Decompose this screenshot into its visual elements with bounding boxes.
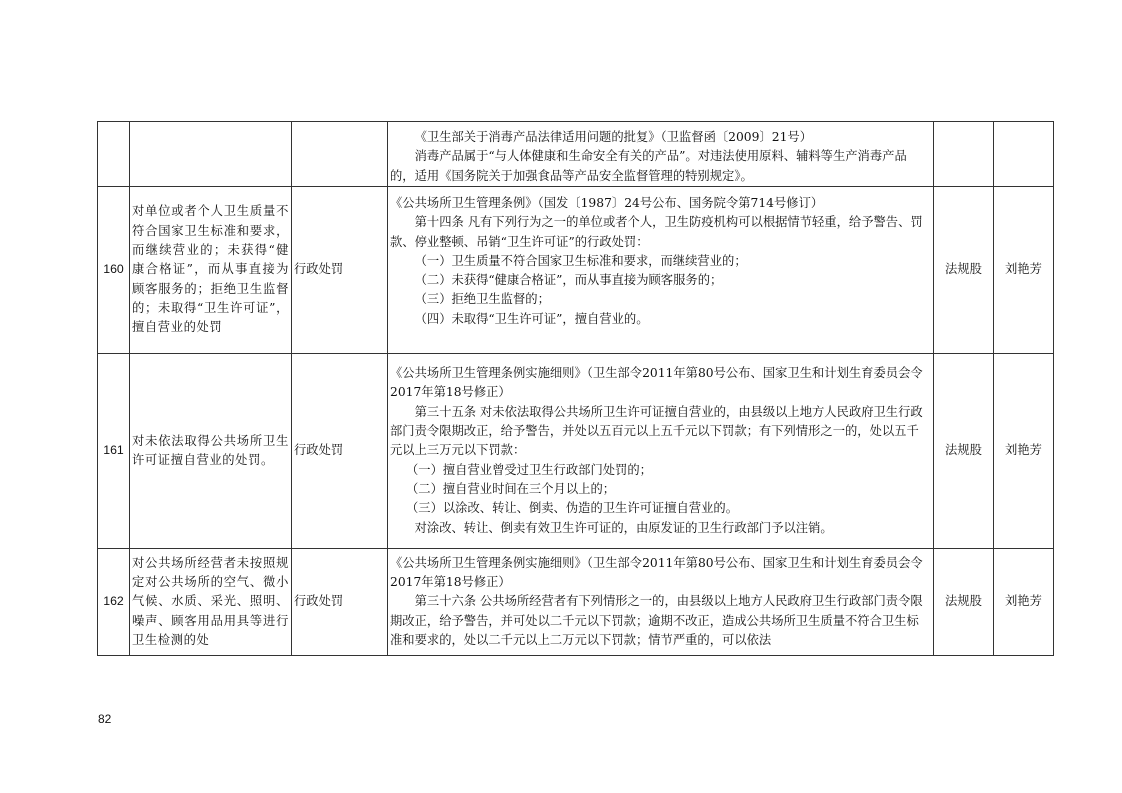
basis-paragraph: 第三十六条 公共场所经营者有下列情形之一的，由县级以上地方人民政府卫生行政部门责… (390, 592, 931, 650)
responsible-dept: 法规股 (934, 549, 994, 656)
basis-title: 《公共场所卫生管理条例》（国发〔1987〕24号公布、国务院令第714号修订） (390, 194, 931, 213)
table-row: 160 对单位或者个人卫生质量不符合国家卫生标准和要求，而继续营业的；未获得“健… (98, 187, 1054, 354)
basis-title: 《公共场所卫生管理条例实施细则》（卫生部令2011年第80号公布、国家卫生和计划… (390, 554, 931, 593)
item-type: 行政处罚 (292, 187, 388, 354)
responsible-dept: 法规股 (934, 354, 994, 549)
row-number: 162 (98, 549, 130, 656)
basis-item: （二）擅自营业时间在三个月以上的； (390, 480, 931, 499)
item-type (292, 122, 388, 187)
responsible-dept: 法规股 (934, 187, 994, 354)
basis-item: （一）擅自营业曾受过卫生行政部门处罚的； (390, 461, 931, 480)
responsible-dept (934, 122, 994, 187)
basis-title: 《公共场所卫生管理条例实施细则》（卫生部令2011年第80号公布、国家卫生和计划… (390, 364, 931, 403)
basis-item: （三）拒绝卫生监督的； (390, 290, 931, 309)
responsible-person: 刘艳芳 (994, 354, 1054, 549)
page-number: 82 (98, 712, 111, 726)
basis-paragraph: 第十四条 凡有下列行为之一的单位或者个人，卫生防疫机构可以根据情节轻重，给予警告… (390, 213, 931, 252)
basis-paragraph: 消毒产品属于“与人体健康和生命安全有关的产品”。对违法使用原料、辅料等生产消毒产… (390, 147, 931, 186)
item-type: 行政处罚 (292, 549, 388, 656)
row-number (98, 122, 130, 187)
item-name (130, 122, 292, 187)
table-row: 《卫生部关于消毒产品法律适用问题的批复》（卫监督函〔2009〕21号） 消毒产品… (98, 122, 1054, 187)
basis-title: 《卫生部关于消毒产品法律适用问题的批复》（卫监督函〔2009〕21号） (390, 128, 931, 147)
item-type: 行政处罚 (292, 354, 388, 549)
basis-item: （二）未获得“健康合格证”，而从事直接为顾客服务的； (390, 271, 931, 290)
basis-paragraph: 第三十五条 对未依法取得公共场所卫生许可证擅自营业的，由县级以上地方人民政府卫生… (390, 403, 931, 461)
legal-basis: 《公共场所卫生管理条例实施细则》（卫生部令2011年第80号公布、国家卫生和计划… (388, 354, 934, 549)
powers-table: 《卫生部关于消毒产品法律适用问题的批复》（卫监督函〔2009〕21号） 消毒产品… (97, 121, 1054, 656)
responsible-person (994, 122, 1054, 187)
row-number: 160 (98, 187, 130, 354)
responsible-person: 刘艳芳 (994, 549, 1054, 656)
row-number: 161 (98, 354, 130, 549)
responsible-person: 刘艳芳 (994, 187, 1054, 354)
item-name: 对单位或者个人卫生质量不符合国家卫生标准和要求，而继续营业的；未获得“健康合格证… (130, 187, 292, 354)
legal-basis: 《卫生部关于消毒产品法律适用问题的批复》（卫监督函〔2009〕21号） 消毒产品… (388, 122, 934, 187)
table-row: 162 对公共场所经营者未按照规定对公共场所的空气、微小气候、水质、采光、照明、… (98, 549, 1054, 656)
legal-basis: 《公共场所卫生管理条例实施细则》（卫生部令2011年第80号公布、国家卫生和计划… (388, 549, 934, 656)
item-name: 对未依法取得公共场所卫生许可证擅自营业的处罚。 (130, 354, 292, 549)
table-row: 161 对未依法取得公共场所卫生许可证擅自营业的处罚。 行政处罚 《公共场所卫生… (98, 354, 1054, 549)
basis-item: （三）以涂改、转让、倒卖、伪造的卫生许可证擅自营业的。 (390, 499, 931, 518)
item-name: 对公共场所经营者未按照规定对公共场所的空气、微小气候、水质、采光、照明、噪声、顾… (130, 549, 292, 656)
basis-item: （一）卫生质量不符合国家卫生标准和要求，而继续营业的； (390, 252, 931, 271)
basis-closing: 对涂改、转让、倒卖有效卫生许可证的，由原发证的卫生行政部门予以注销。 (390, 519, 931, 538)
basis-item: （四）未取得“卫生许可证”，擅自营业的。 (390, 310, 931, 329)
legal-basis: 《公共场所卫生管理条例》（国发〔1987〕24号公布、国务院令第714号修订） … (388, 187, 934, 354)
